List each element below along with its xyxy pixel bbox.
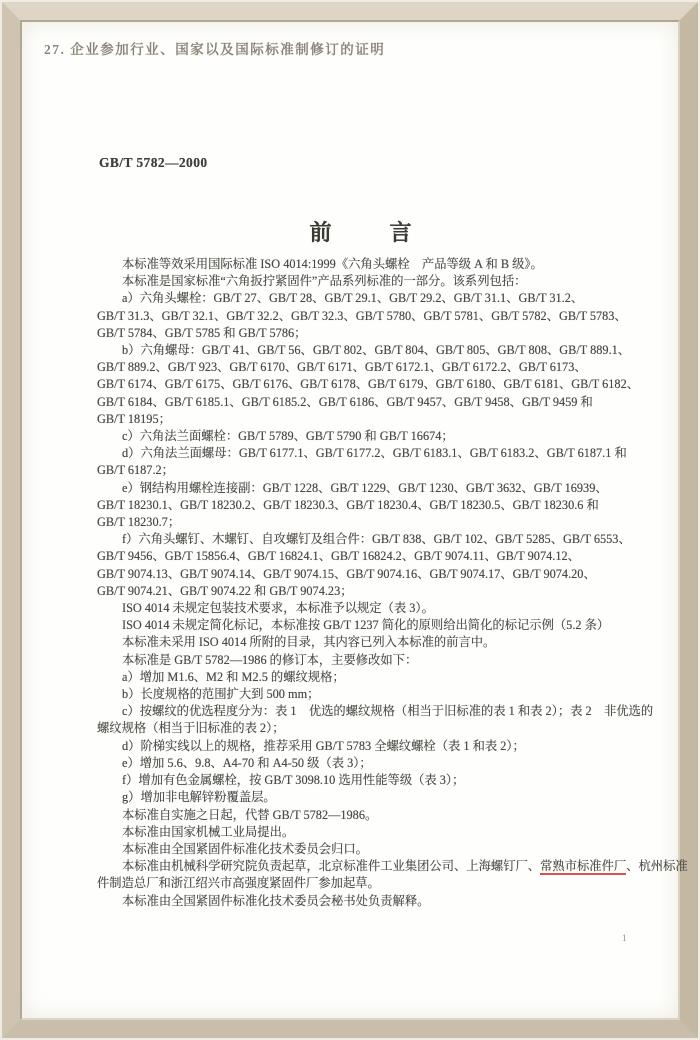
doc-line: 本标准由国家机械工业局提出。 <box>97 824 627 841</box>
page-number-mark: 1 <box>622 933 627 943</box>
doc-line: b）六角螺母：GB/T 41、GB/T 56、GB/T 802、GB/T 804… <box>97 342 627 359</box>
doc-line: GB/T 6184、GB/T 6185.1、GB/T 6185.2、GB/T 6… <box>97 394 627 411</box>
doc-line: a）六角头螺栓：GB/T 27、GB/T 28、GB/T 29.1、GB/T 2… <box>97 290 627 307</box>
doc-line: GB/T 9074.13、GB/T 9074.14、GB/T 9074.15、G… <box>97 566 627 583</box>
doc-line: GB/T 5784、GB/T 5785 和 GB/T 5786； <box>97 325 627 342</box>
doc-line: c）按螺纹的优选程度分为：表 1 优选的螺纹规格（相当于旧标准的表 1 和表 2… <box>97 703 627 720</box>
doc-line: ISO 4014 未规定简化标记，本标准按 GB/T 1237 简化的原则给出简… <box>97 617 627 634</box>
doc-line: 件制造总厂和浙江绍兴市高强度紧固件厂参加起草。 <box>97 875 627 892</box>
foreword-title-char1: 前 <box>309 220 331 245</box>
standard-code: GB/T 5782—2000 <box>99 155 208 171</box>
doc-line: 本标准是国家标准“六角扳拧紧固件”产品系列标准的一部分。该系列包括： <box>97 273 627 290</box>
doc-line: GB/T 6174、GB/T 6175、GB/T 6176、GB/T 6178、… <box>97 376 627 393</box>
doc-line: 本标准自实施之日起，代替 GB/T 5782—1986。 <box>97 807 627 824</box>
doc-line: e）钢结构用螺栓连接副：GB/T 1228、GB/T 1229、GB/T 123… <box>97 480 627 497</box>
doc-line: b）长度规格的范围扩大到 500 mm； <box>97 686 627 703</box>
annotation-header: 27. 企业参加行业、国家以及国际标准制修订的证明 <box>44 38 385 58</box>
doc-line: GB/T 889.2、GB/T 923、GB/T 6170、GB/T 6171、… <box>97 359 627 376</box>
foreword-title: 前言 <box>97 216 624 247</box>
drafting-units-pre: 本标准由机械科学研究院负责起草，北京标准件工业集团公司、上海螺钉厂、 <box>122 859 540 873</box>
doc-line: d）阶梯实线以上的规格，推荐采用 GB/T 5783 全螺纹螺栓（表 1 和表 … <box>97 738 627 755</box>
drafting-units-post: 、杭州标准 <box>626 859 688 873</box>
red-underlined-company: 常熟市标准件厂 <box>540 859 626 875</box>
doc-line: 本标准等效采用国际标准 ISO 4014:1999《六角头螺栓 产品等级 A 和… <box>97 256 627 273</box>
doc-line: g）增加非电解锌粉覆盖层。 <box>97 789 627 806</box>
doc-line: GB/T 18230.1、GB/T 18230.2、GB/T 18230.3、G… <box>97 497 627 514</box>
doc-line: GB/T 18195； <box>97 411 627 428</box>
doc-line: f）增加有色金属螺栓，按 GB/T 3098.10 选用性能等级（表 3）； <box>97 772 627 789</box>
doc-line: e）增加 5.6、9.8、A4-70 和 A4-50 级（表 3）； <box>97 755 627 772</box>
doc-line-drafting-units: 本标准由机械科学研究院负责起草，北京标准件工业集团公司、上海螺钉厂、常熟市标准件… <box>97 858 627 875</box>
doc-line: 本标准由全国紧固件标准化技术委员会秘书处负责解释。 <box>97 893 627 910</box>
framed-scanned-document: { "page": { "annotation_header": "27. 企业… <box>0 0 700 1040</box>
doc-line: GB/T 9074.21、GB/T 9074.22 和 GB/T 9074.23… <box>97 583 627 600</box>
doc-line: 本标准由全国紧固件标准化技术委员会归口。 <box>97 841 627 858</box>
doc-line: d）六角法兰面螺母：GB/T 6177.1、GB/T 6177.2、GB/T 6… <box>97 445 627 462</box>
doc-line: 本标准未采用 ISO 4014 所附的目录，其内容已列入本标准的前言中。 <box>97 634 627 651</box>
doc-line: GB/T 9456、GB/T 15856.4、GB/T 16824.1、GB/T… <box>97 548 627 565</box>
doc-line: f）六角头螺钉、木螺钉、自攻螺钉及组合件：GB/T 838、GB/T 102、G… <box>97 531 627 548</box>
doc-line: ISO 4014 未规定包装技术要求，本标准予以规定（表 3）。 <box>97 600 627 617</box>
doc-line: 螺纹规格（相当于旧标准的表 2）； <box>97 720 627 737</box>
foreword-title-char2: 言 <box>390 220 412 245</box>
doc-line: a）增加 M1.6、M2 和 M2.5 的螺纹规格； <box>97 669 627 686</box>
document-body: 本标准等效采用国际标准 ISO 4014:1999《六角头螺栓 产品等级 A 和… <box>97 256 627 910</box>
doc-line: 本标准是 GB/T 5782—1986 的修订本，主要修改如下： <box>97 652 627 669</box>
doc-line: GB/T 6187.2； <box>97 462 627 479</box>
doc-line: c）六角法兰面螺栓：GB/T 5789、GB/T 5790 和 GB/T 166… <box>97 428 627 445</box>
doc-line: GB/T 31.3、GB/T 32.1、GB/T 32.2、GB/T 32.3、… <box>97 308 627 325</box>
doc-line: GB/T 18230.7； <box>97 514 627 531</box>
